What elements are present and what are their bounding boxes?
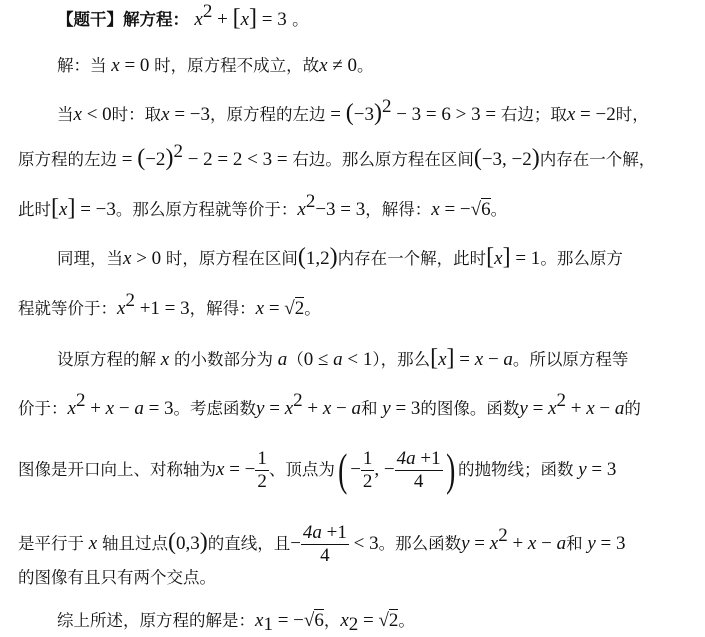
paragraph-3-line-2: 程就等价于：x2 +1 = 3，解得：x = √2。 — [18, 297, 321, 321]
paragraph-1-line-1: 解：当 x = 0 时，原方程不成立，故x ≠ 0。 — [57, 54, 374, 78]
solution-document: 【题干】解方程： x2 + [x] = 3 。 解：当 x = 0 时，原方程不… — [0, 0, 705, 637]
paragraph-4-line-2: 价于：x2 + x − a = 3。考虑函数y = x2 + x − a和 y … — [18, 397, 641, 421]
paragraph-2-line-1: 当x < 0时：取x = −3，原方程的左边 = (−3)2 − 3 = 6 >… — [57, 103, 649, 127]
paragraph-4-line-3: 图像是开口向上、对称轴为x = −12、顶点为(−12, −4a +14)的抛物… — [18, 448, 616, 493]
fraction-vertex-y: 4a +14 — [395, 448, 443, 493]
problem-title: 【题干】解方程： x2 + [x] = 3 。 — [57, 8, 309, 32]
paragraph-2-line-3: 此时[x] = −3。那么原方程就等价于：x2−3 = 3，解得：x = −√6… — [18, 198, 507, 222]
paragraph-4-line-1: 设原方程的解 x 的小数部分为 a（0 ≤ a < 1），那么[x] = x −… — [57, 348, 628, 372]
paragraph-3-line-1: 同理，当x > 0 时，原方程在区间(1,2)内存在一个解，此时[x] = 1。… — [57, 247, 623, 271]
title-prefix: 解方程： — [123, 10, 189, 29]
paragraph-4-line-5: 的图像有且只有两个交点。 — [18, 566, 216, 590]
paragraph-4-line-4: 是平行于 x 轴且过点(0,3)的直线，且−4a +14 < 3。那么函数y =… — [18, 522, 625, 567]
fraction-one-half: 12 — [255, 448, 269, 493]
conclusion-line: 综上所述，原方程的解是：x1 = −√6，x2 = √2。 — [57, 609, 415, 633]
paragraph-2-line-2: 原方程的左边 = (−2)2 − 2 = 2 < 3 = 右边。那么原方程在区间… — [18, 148, 655, 172]
title-label: 【题干】 — [57, 10, 123, 29]
